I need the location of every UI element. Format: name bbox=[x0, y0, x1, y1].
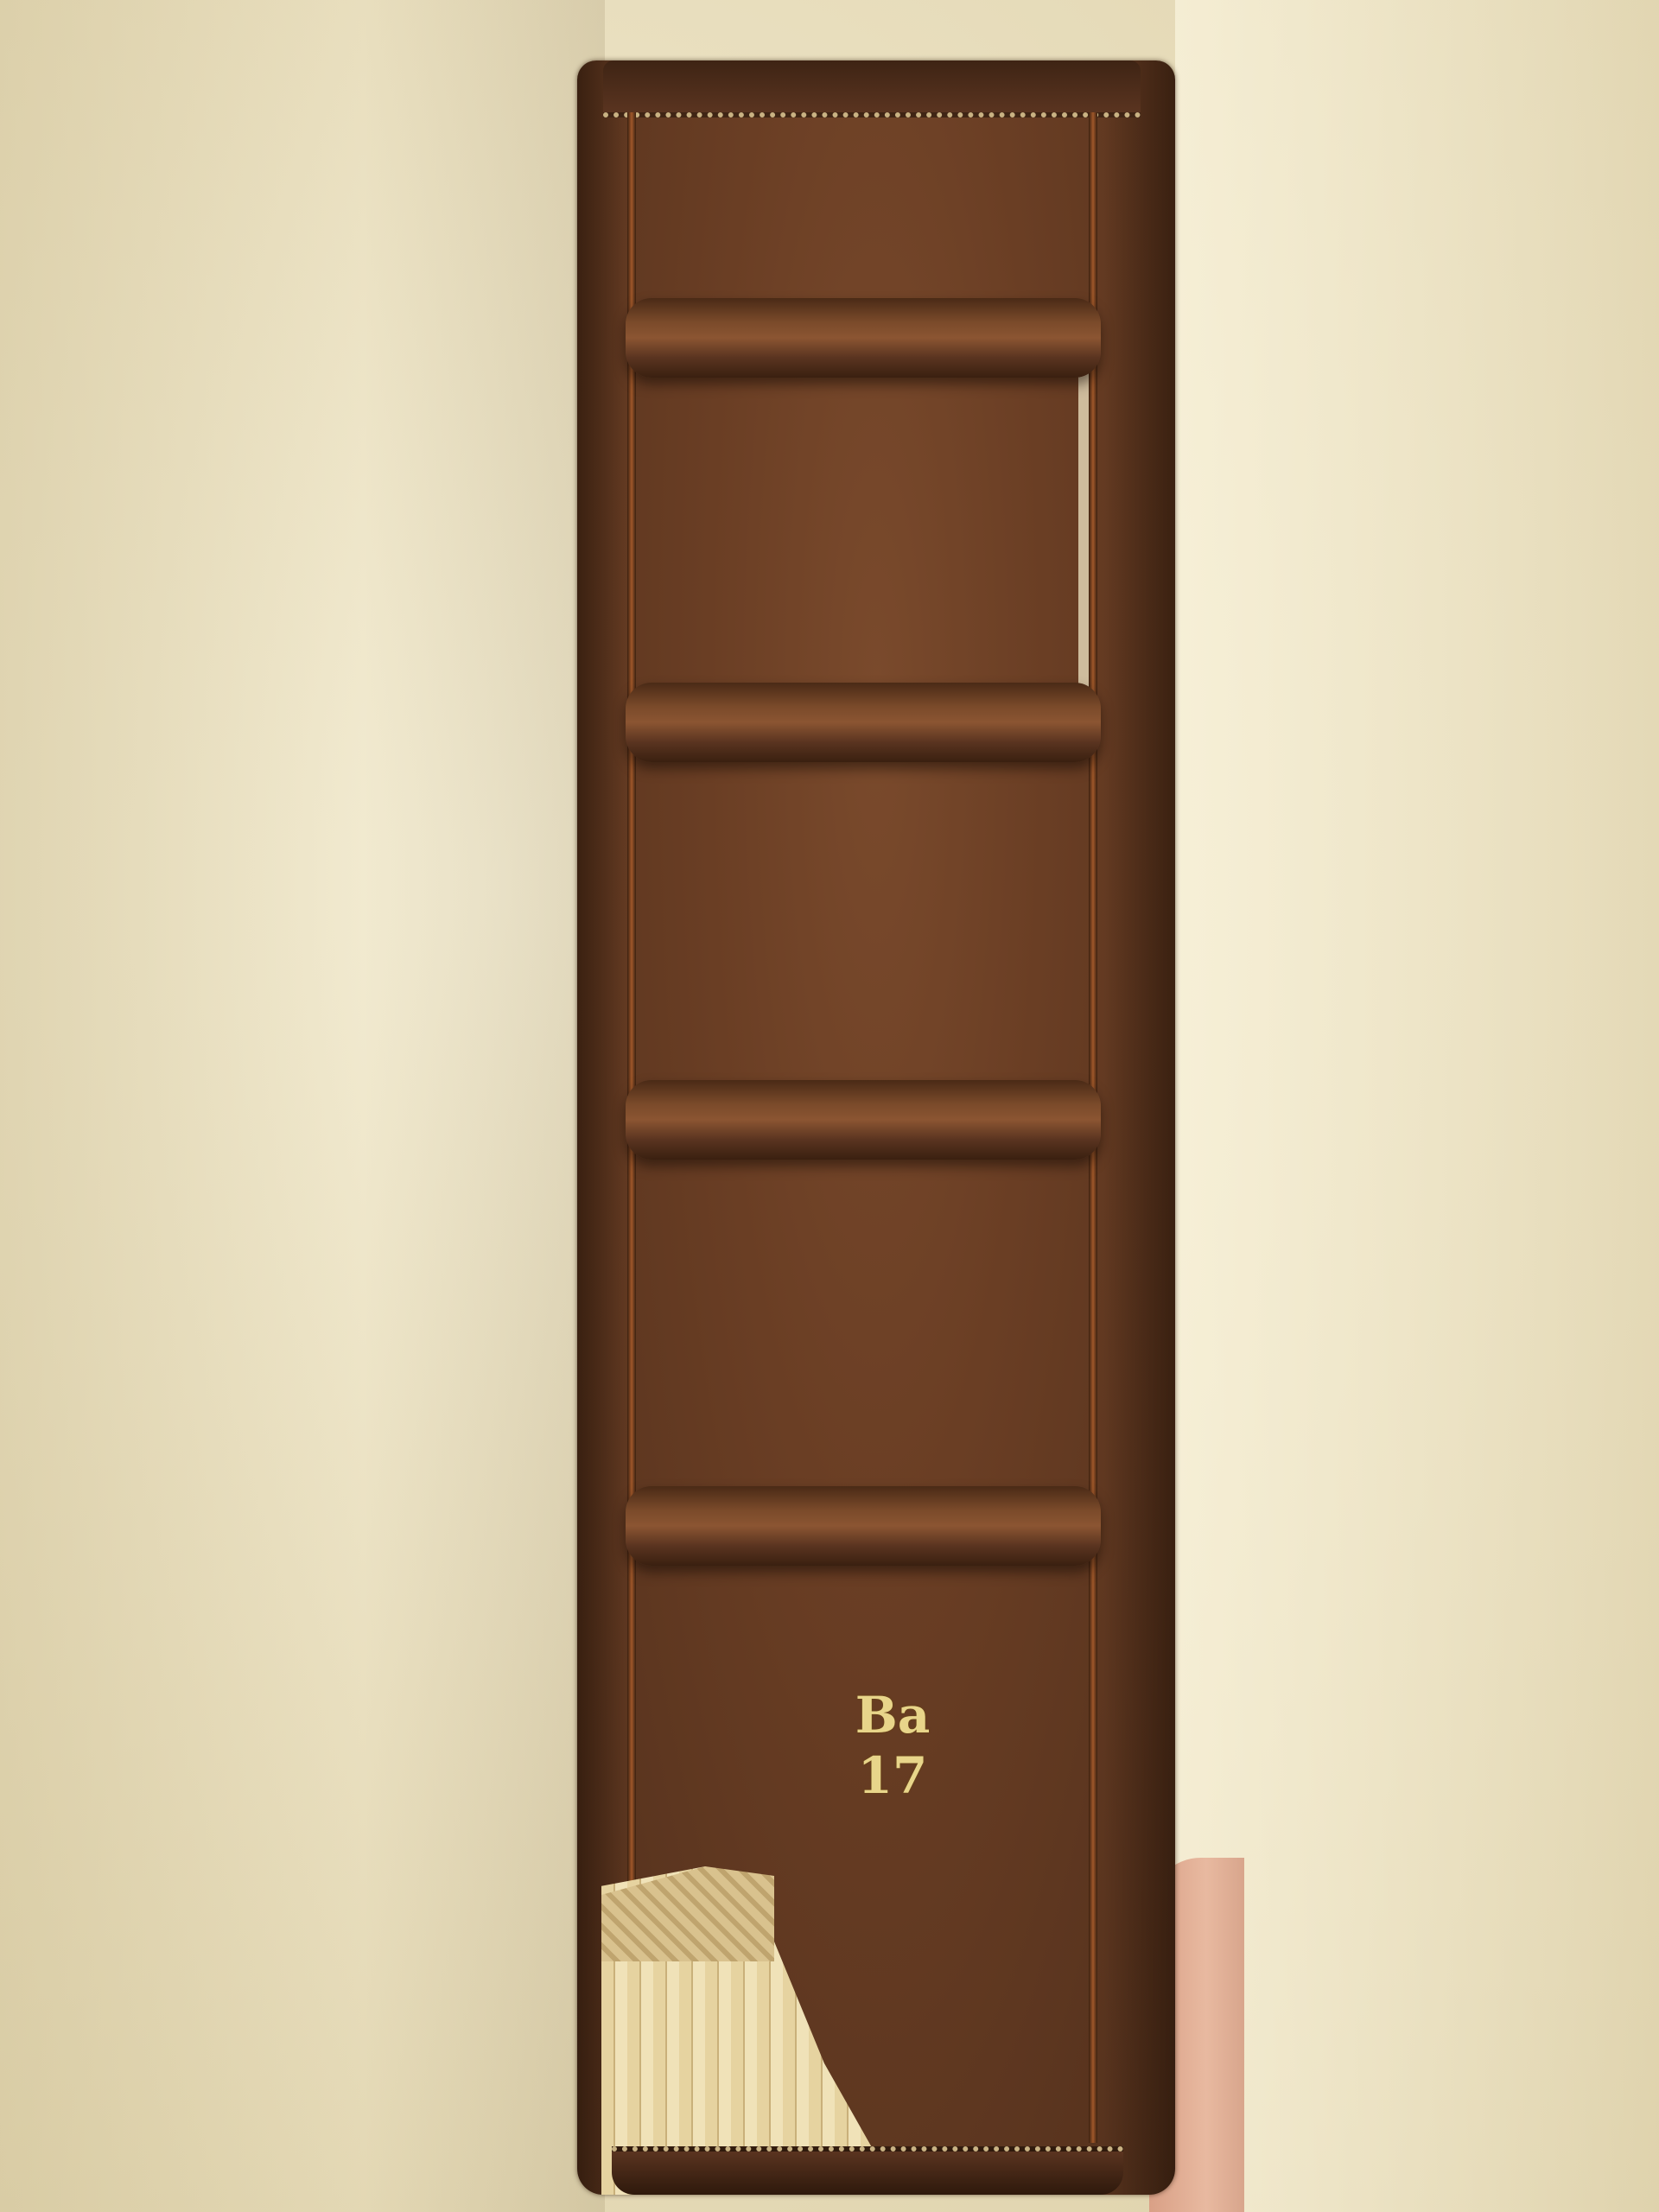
spine-label-line2: 17 bbox=[836, 1745, 949, 1806]
cracked-joint-gap bbox=[1078, 337, 1089, 717]
spine-label: Ba 17 bbox=[836, 1685, 949, 1806]
tailcap bbox=[612, 2146, 1123, 2195]
raised-band-2 bbox=[626, 683, 1101, 762]
spine-label-line1: Ba bbox=[836, 1685, 949, 1745]
headcap bbox=[603, 60, 1141, 118]
background-shadow bbox=[0, 0, 605, 2212]
raised-band-3 bbox=[626, 1080, 1101, 1160]
book-spine: Ba 17 bbox=[577, 60, 1175, 2195]
background-wall bbox=[1175, 0, 1659, 2212]
raised-band-1 bbox=[626, 298, 1101, 378]
raised-band-4 bbox=[626, 1486, 1101, 1566]
